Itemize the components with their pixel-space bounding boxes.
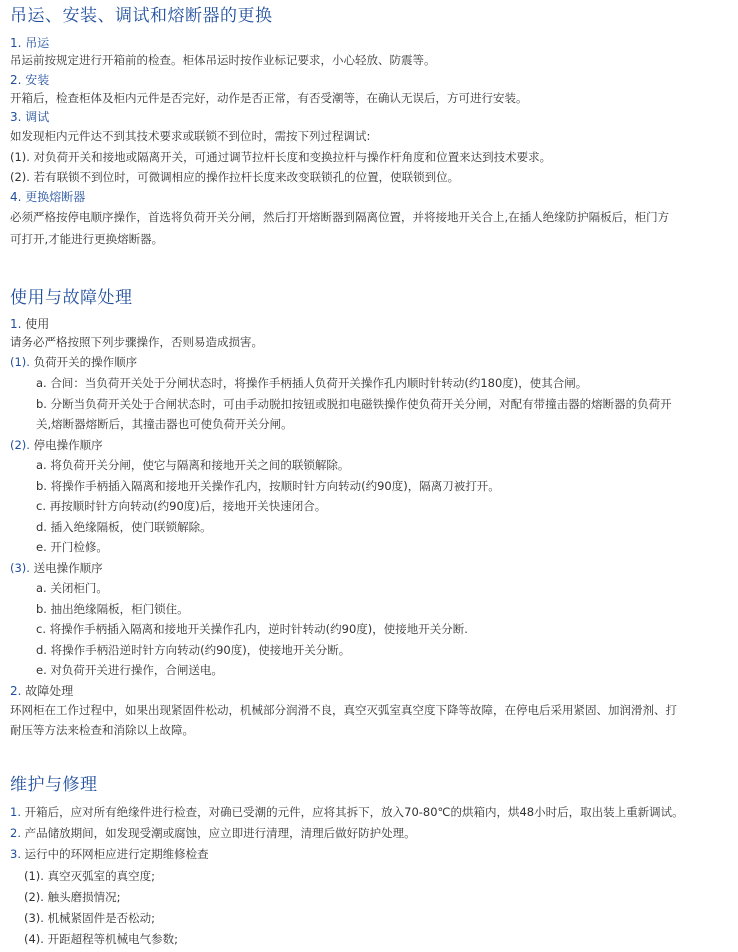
step: b. 分断当负荷开关处于合闸状态时，可由手动脱扣按钮或脱扣电磁铁操作使负荷开关分…: [36, 394, 672, 414]
step: c. 再按顺时针方向转动(约90度)后，接地开关快速闭合。: [36, 496, 326, 516]
item-text: 开箱后，应对所有绝缘件进行检查，对确已受潮的元件，应将其拆下，放入70-80℃的…: [25, 805, 684, 819]
step-text: 将负荷开关分闸，使它与隔离和接地开关之间的联锁解除。: [50, 458, 349, 472]
check-item: (1). 真空灭弧室的真空度;: [24, 866, 155, 886]
step-text: 关闭柜门。: [50, 581, 108, 595]
check-item: (2). 触头磨损情况;: [24, 887, 120, 907]
step-text: 再按顺时针方向转动(约90度)后，接地开关快速闭合。: [50, 499, 327, 513]
item-label: 使用: [25, 317, 49, 331]
step: e. 开门检修。: [36, 537, 108, 557]
sub-item: (2). 若有联锁不到位时，可微调相应的操作拉杆长度来改变联锁孔的位置，使联锁到…: [10, 167, 459, 187]
group-number: (2).: [10, 438, 30, 452]
check-item: (4). 开距超程等机械电气参数;: [24, 929, 178, 949]
group-heading: (3). 送电操作顺序: [10, 558, 103, 578]
sub-text: 对负荷开关和接地或隔离开关，可通过调节拉杆长度和变换拉杆与操作杆角度和位置来达到…: [34, 150, 552, 164]
step-letter: c.: [36, 499, 46, 513]
item-heading-debug: 3. 调试: [10, 107, 49, 127]
sub-number: (1).: [24, 869, 44, 883]
group-label: 负荷开关的操作顺序: [34, 355, 138, 369]
item-number: 2.: [10, 684, 21, 698]
item-label: 调试: [25, 110, 49, 124]
item-text: 产品储放期间，如发现受潮或腐蚀，应立即进行清理，清理后做好防护处理。: [25, 826, 416, 840]
group-number: (1).: [10, 355, 30, 369]
step-letter: a.: [36, 581, 47, 595]
step-letter: e.: [36, 540, 47, 554]
item-heading-install: 2. 安装: [10, 70, 49, 90]
step: a. 合间：当负荷开关处于分闸状态时，将操作手柄插人负荷开关操作孔内顺时针转动(…: [36, 373, 587, 393]
step: b. 抽出绝缘隔板，柜门锁住。: [36, 599, 189, 619]
step: d. 将操作手柄沿逆时针方向转动(约90度)，使接地开关分断。: [36, 640, 350, 660]
step-text: 抽出绝缘隔板，柜门锁住。: [51, 602, 189, 616]
step-letter: d.: [36, 643, 47, 657]
item-number: 1.: [10, 36, 21, 50]
step-text: 开门检修。: [50, 540, 108, 554]
item-text: 如发现柜内元件达不到其技术要求或联锁不到位时，需按下列过程调试:: [10, 126, 370, 146]
item-number: 2.: [10, 826, 21, 840]
step: d. 插入绝缘隔板，使门联锁解除。: [36, 517, 212, 537]
group-label: 停电操作顺序: [34, 438, 103, 452]
sub-number: (4).: [24, 932, 44, 946]
step-letter: b.: [36, 397, 47, 411]
step-letter: b.: [36, 479, 47, 493]
item-heading-usage: 1. 使用: [10, 314, 49, 334]
group-number: (3).: [10, 561, 30, 575]
item-number: 4.: [10, 190, 21, 204]
item-text: 开箱后，检查柜体及柜内元件是否完好，动作是否正常，有否受潮等，在确认无误后，方可…: [10, 88, 528, 108]
step-text: 插入绝缘隔板，使门联锁解除。: [51, 520, 212, 534]
step-letter: a.: [36, 376, 47, 390]
item-number: 3.: [10, 110, 21, 124]
item-text: 耐压等方法来检查和消除以上故障。: [10, 720, 194, 740]
item-text: 请务必严格按照下列步骤操作，否则易造成损害。: [10, 332, 263, 352]
sub-number: (3).: [24, 911, 44, 925]
item-number: 2.: [10, 73, 21, 87]
step-text: 将操作手柄插入隔离和接地开关操作孔内，按顺时针方向转动(约90度)，隔离刀被打开…: [51, 479, 500, 493]
sub-number: (2).: [10, 170, 30, 184]
sub-text: 若有联锁不到位时，可微调相应的操作拉杆长度来改变联锁孔的位置，使联锁到位。: [34, 170, 460, 184]
group-label: 送电操作顺序: [34, 561, 103, 575]
item-label: 更换熔断器: [25, 190, 85, 204]
maintenance-item: 2. 产品储放期间，如发现受潮或腐蚀，应立即进行清理，清理后做好防护处理。: [10, 823, 416, 843]
item-text: 吊运前按规定进行开箱前的检查。柜体吊运时按作业标记要求，小心轻放、防震等。: [10, 50, 436, 70]
sub-text: 开距超程等机械电气参数;: [48, 932, 178, 946]
item-text: 可打开,才能进行更换熔断器。: [10, 229, 163, 249]
sub-text: 机械紧固件是否松动;: [48, 911, 155, 925]
step: b. 将操作手柄插入隔离和接地开关操作孔内，按顺时针方向转动(约90度)，隔离刀…: [36, 476, 500, 496]
maintenance-item: 3. 运行中的环网柜应进行定期维修检查: [10, 844, 209, 864]
item-text: 环网柜在工作过程中，如果出现紧固件松动，机械部分润滑不良，真空灭弧室真空度下降等…: [10, 700, 677, 720]
step-letter: e.: [36, 663, 47, 677]
step-letter: b.: [36, 602, 47, 616]
step-text: 分断当负荷开关处于合闸状态时，可由手动脱扣按钮或脱扣电磁铁操作使负荷开关分闸，对…: [51, 397, 672, 411]
check-item: (3). 机械紧固件是否松动;: [24, 908, 155, 928]
section-title: 维护与修理: [10, 774, 98, 796]
step-letter: c.: [36, 622, 46, 636]
group-heading: (1). 负荷开关的操作顺序: [10, 352, 137, 372]
item-heading-fuse: 4. 更换熔断器: [10, 187, 85, 207]
step-text: 将操作手柄插入隔离和接地开关操作孔内，逆时针转动(约90度)，使接地开关分断.: [50, 622, 468, 636]
step-text: 合间：当负荷开关处于分闸状态时，将操作手柄插人负荷开关操作孔内顺时针转动(约18…: [50, 376, 587, 390]
item-heading-troubleshooting: 2. 故障处理: [10, 681, 73, 701]
step: e. 对负荷开关进行操作，合闸送电。: [36, 660, 223, 680]
step: a. 关闭柜门。: [36, 578, 108, 598]
section-title: 使用与故障处理: [10, 287, 133, 309]
item-label: 故障处理: [25, 684, 73, 698]
item-number: 1.: [10, 805, 21, 819]
sub-text: 触头磨损情况;: [48, 890, 121, 904]
item-text: 必须严格按停电顺序操作，首选将负荷开关分闸，然后打开熔断器到隔离位置，并将接地开…: [10, 207, 669, 227]
sub-item: (1). 对负荷开关和接地或隔离开关，可通过调节拉杆长度和变换拉杆与操作杆角度和…: [10, 147, 551, 167]
item-label: 吊运: [25, 36, 49, 50]
sub-text: 真空灭弧室的真空度;: [48, 869, 155, 883]
maintenance-item: 1. 开箱后，应对所有绝缘件进行检查，对确已受潮的元件，应将其拆下，放入70-8…: [10, 802, 684, 822]
item-text: 运行中的环网柜应进行定期维修检查: [25, 847, 209, 861]
item-number: 3.: [10, 847, 21, 861]
section-title: 吊运、安装、调试和熔断器的更换: [10, 5, 273, 27]
sub-number: (1).: [10, 150, 30, 164]
step-text: 将操作手柄沿逆时针方向转动(约90度)，使接地开关分断。: [51, 643, 351, 657]
group-heading: (2). 停电操作顺序: [10, 435, 103, 455]
item-label: 安装: [25, 73, 49, 87]
step-text: 对负荷开关进行操作，合闸送电。: [50, 663, 223, 677]
step: c. 将操作手柄插入隔离和接地开关操作孔内，逆时针转动(约90度)，使接地开关分…: [36, 619, 468, 639]
step-letter: a.: [36, 458, 47, 472]
step-letter: d.: [36, 520, 47, 534]
step-continuation: 关,熔断器熔断后，其撞击器也可使负荷开关分闸。: [36, 414, 293, 434]
sub-number: (2).: [24, 890, 44, 904]
step: a. 将负荷开关分闸，使它与隔离和接地开关之间的联锁解除。: [36, 455, 349, 475]
item-number: 1.: [10, 317, 21, 331]
